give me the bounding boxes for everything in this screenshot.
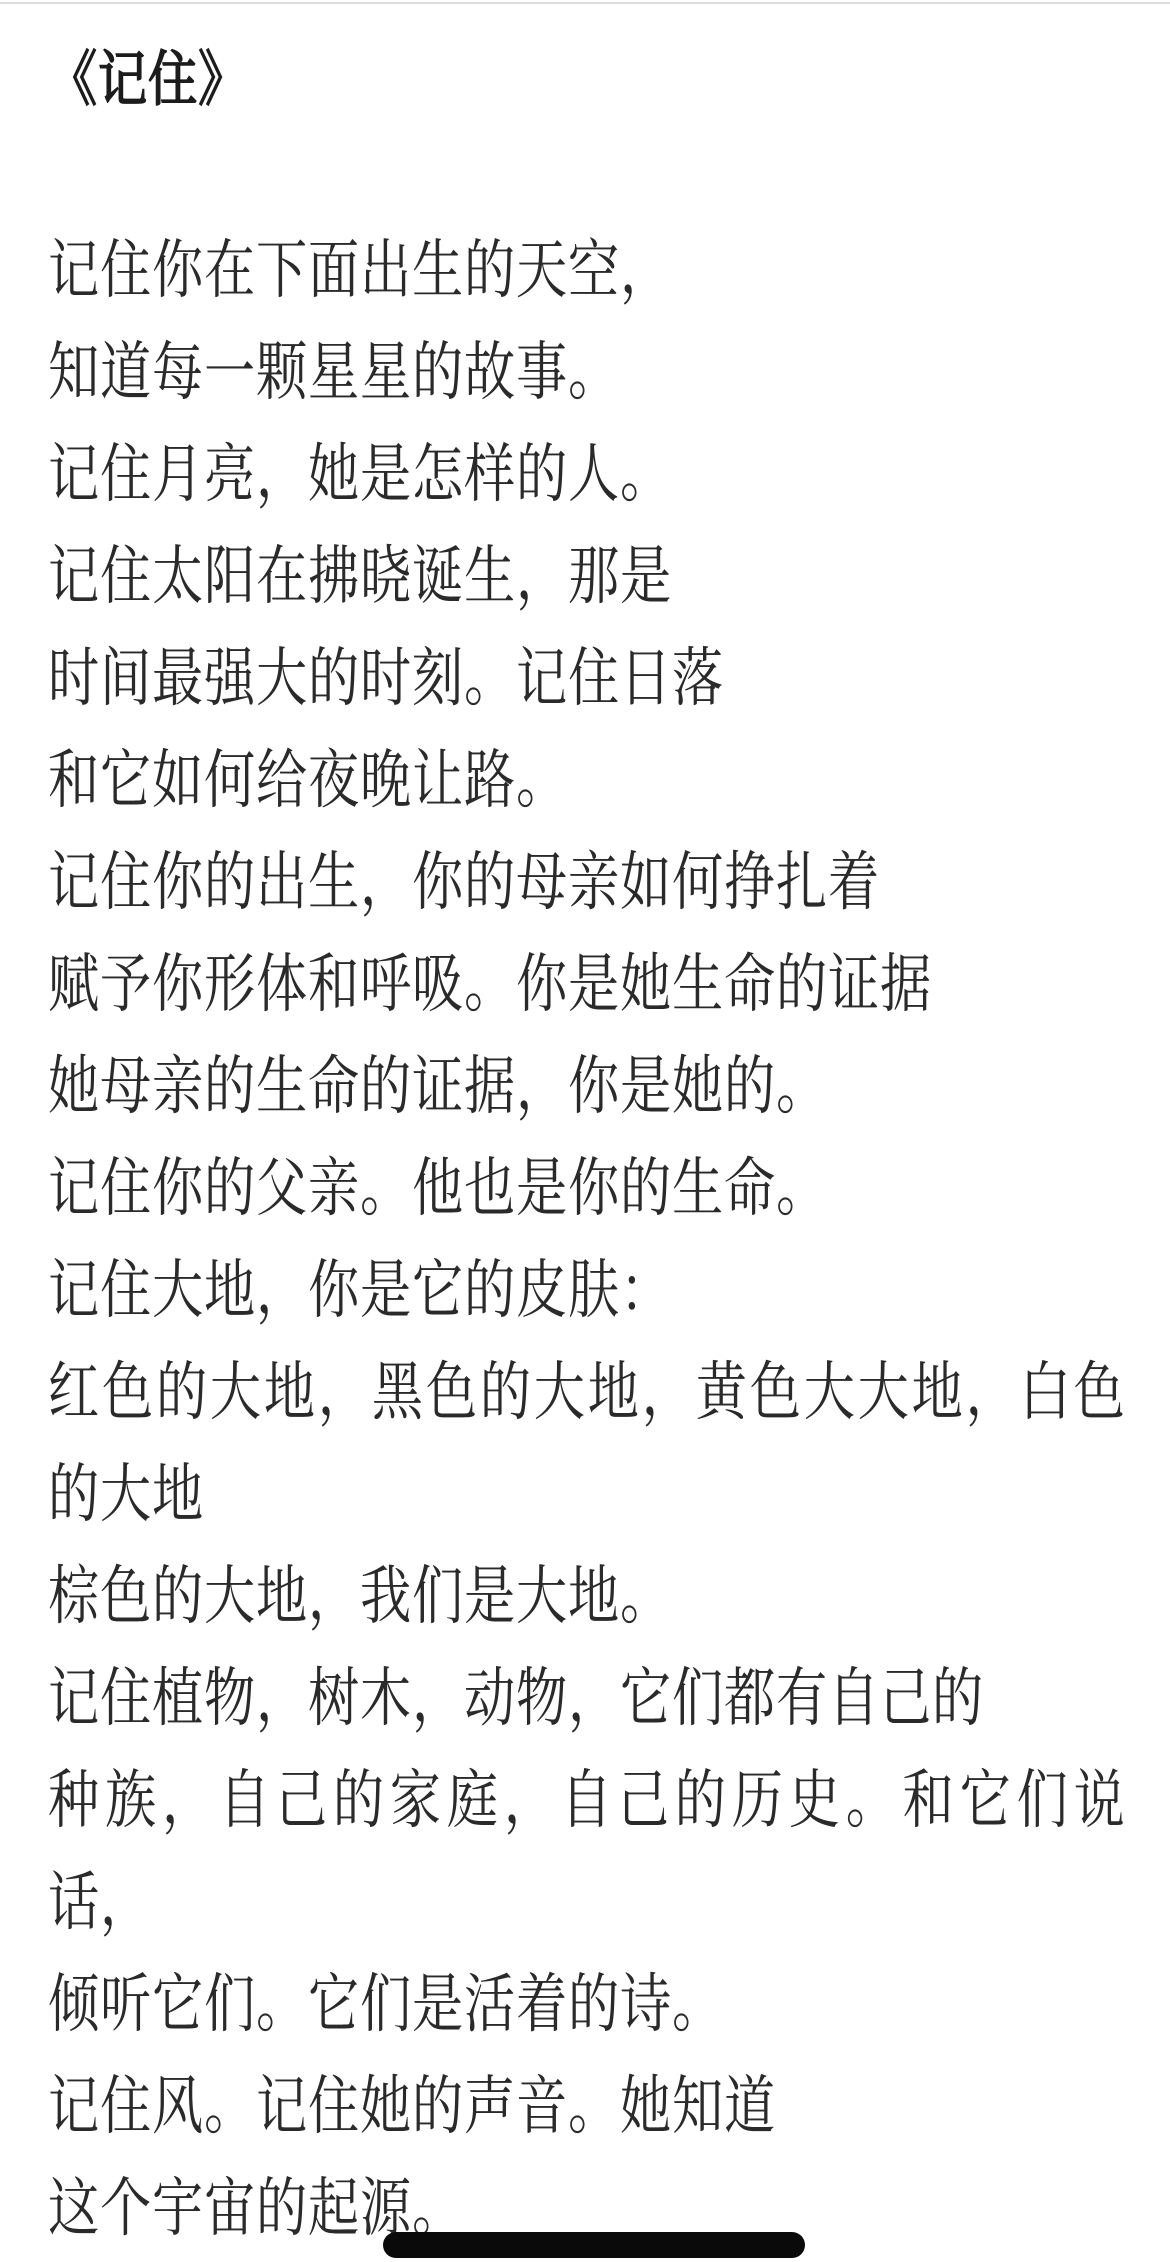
poem-line: 记住大地，你是它的皮肤： — [48, 1239, 1125, 1341]
poem-title: 《记住》 — [48, 32, 248, 118]
poem-line: 和它如何给夜晚让路。 — [48, 729, 1125, 831]
poem-line: 她母亲的生命的证据，你是她的。 — [48, 1035, 1125, 1137]
poem-line: 记住太阳在拂晓诞生，那是 — [48, 525, 1125, 627]
poem-line: 话， — [48, 1851, 1125, 1953]
poem-line: 种族，自己的家庭，自己的历史。和它们说 — [48, 1749, 1125, 1851]
poem-body: 记住你在下面出生的天空，知道每一颗星星的故事。记住月亮，她是怎样的人。记住太阳在… — [48, 219, 1125, 2259]
poem-line: 知道每一颗星星的故事。 — [48, 321, 1125, 423]
poem-line: 记住风。记住她的声音。她知道 — [48, 2055, 1125, 2157]
poem-line: 记住你的父亲。他也是你的生命。 — [48, 1137, 1125, 1239]
page: 《记住》 记住你在下面出生的天空，知道每一颗星星的故事。记住月亮，她是怎样的人。… — [0, 0, 1170, 2262]
black-marker-bar — [383, 2232, 805, 2258]
poem-line: 记住你在下面出生的天空， — [48, 219, 1125, 321]
top-divider — [0, 2, 1170, 4]
poem-line: 记住你的出生，你的母亲如何挣扎着 — [48, 831, 1125, 933]
poem-line: 赋予你形体和呼吸。你是她生命的证据 — [48, 933, 1125, 1035]
poem-line: 记住月亮，她是怎样的人。 — [48, 423, 1125, 525]
poem-line: 棕色的大地，我们是大地。 — [48, 1545, 1125, 1647]
poem-line: 记住植物，树木，动物，它们都有自己的 — [48, 1647, 1125, 1749]
poem-line: 时间最强大的时刻。记住日落 — [48, 627, 1125, 729]
poem-line: 红色的大地，黑色的大地，黄色大大地，白色 — [48, 1341, 1125, 1443]
poem-line: 的大地 — [48, 1443, 1125, 1545]
poem-line: 倾听它们。它们是活着的诗。 — [48, 1953, 1125, 2055]
